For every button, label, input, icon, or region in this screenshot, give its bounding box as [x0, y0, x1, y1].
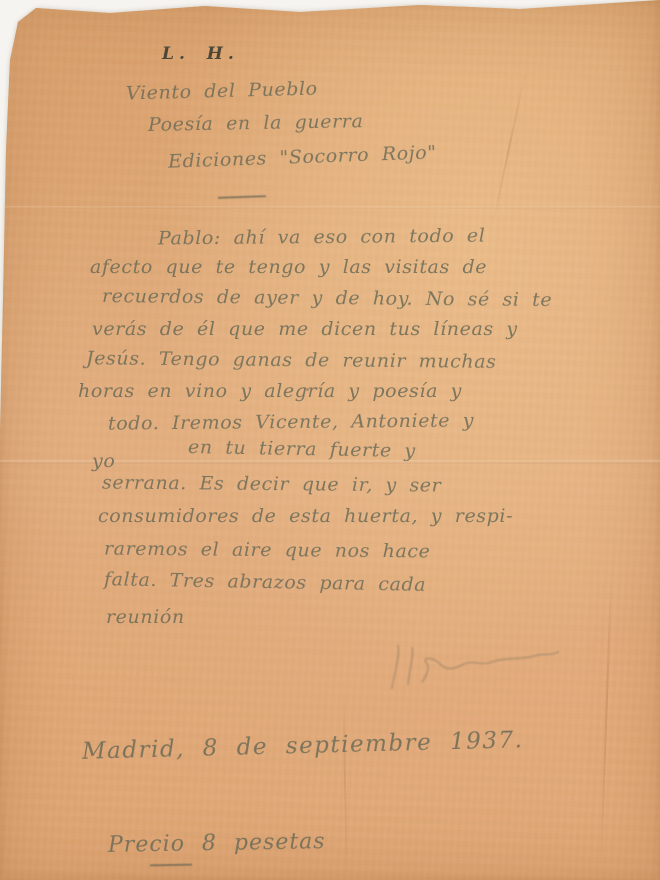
- price-underline: [150, 864, 192, 867]
- heading-initials: L. H.: [162, 44, 239, 64]
- handwriting-line: todo. Iremos Vicente, Antoniete y: [108, 409, 474, 434]
- handwriting-line: raremos el aire que nos hace: [104, 538, 431, 563]
- crease-horizontal-upper: [0, 206, 660, 209]
- letter-photograph: L. H. Viento del Pueblo Poesía en la gue…: [0, 0, 660, 880]
- letter-paper: L. H. Viento del Pueblo Poesía en la gue…: [0, 0, 660, 880]
- price-line: Precio 8 pesetas: [108, 829, 326, 858]
- handwriting-line: verás de él que me dicen tus líneas y: [92, 318, 518, 340]
- separator-dash: [218, 195, 266, 199]
- crease-diagonal-topright: [491, 68, 527, 230]
- date-line: Madrid, 8 de septiembre 1937.: [82, 727, 524, 765]
- book-subtitle-line: Poesía en la guerra: [148, 110, 364, 136]
- handwriting-line: falta. Tres abrazos para cada: [104, 568, 427, 596]
- imprint-line: Ediciones "Socorro Rojo": [168, 141, 437, 172]
- handwriting-line: Jesús. Tengo ganas de reunir muchas: [86, 347, 497, 373]
- crease-vertical-center: [342, 680, 347, 880]
- paper-shadow: L. H. Viento del Pueblo Poesía en la gue…: [0, 0, 660, 880]
- signature-scrawl: [378, 638, 588, 702]
- book-title-line: Viento del Pueblo: [126, 77, 318, 104]
- handwriting-line: yo: [92, 450, 115, 472]
- handwriting-line: reunión: [106, 606, 185, 628]
- handwriting-line: Pablo: ahí va eso con todo el: [158, 225, 486, 250]
- handwriting-line: serrana. Es decir que ir, y ser: [102, 472, 442, 497]
- handwriting-line: recuerdos de ayer y de hoy. No sé si te: [102, 285, 552, 311]
- handwriting-line: afecto que te tengo y las visitas de: [90, 256, 487, 278]
- handwriting-line: horas en vino y alegría y poesía y: [78, 380, 462, 402]
- handwriting-line: en tu tierra fuerte y: [188, 436, 416, 462]
- crease-vertical-right: [600, 570, 613, 880]
- handwriting-line: consumidores de esta huerta, y respi-: [98, 505, 513, 527]
